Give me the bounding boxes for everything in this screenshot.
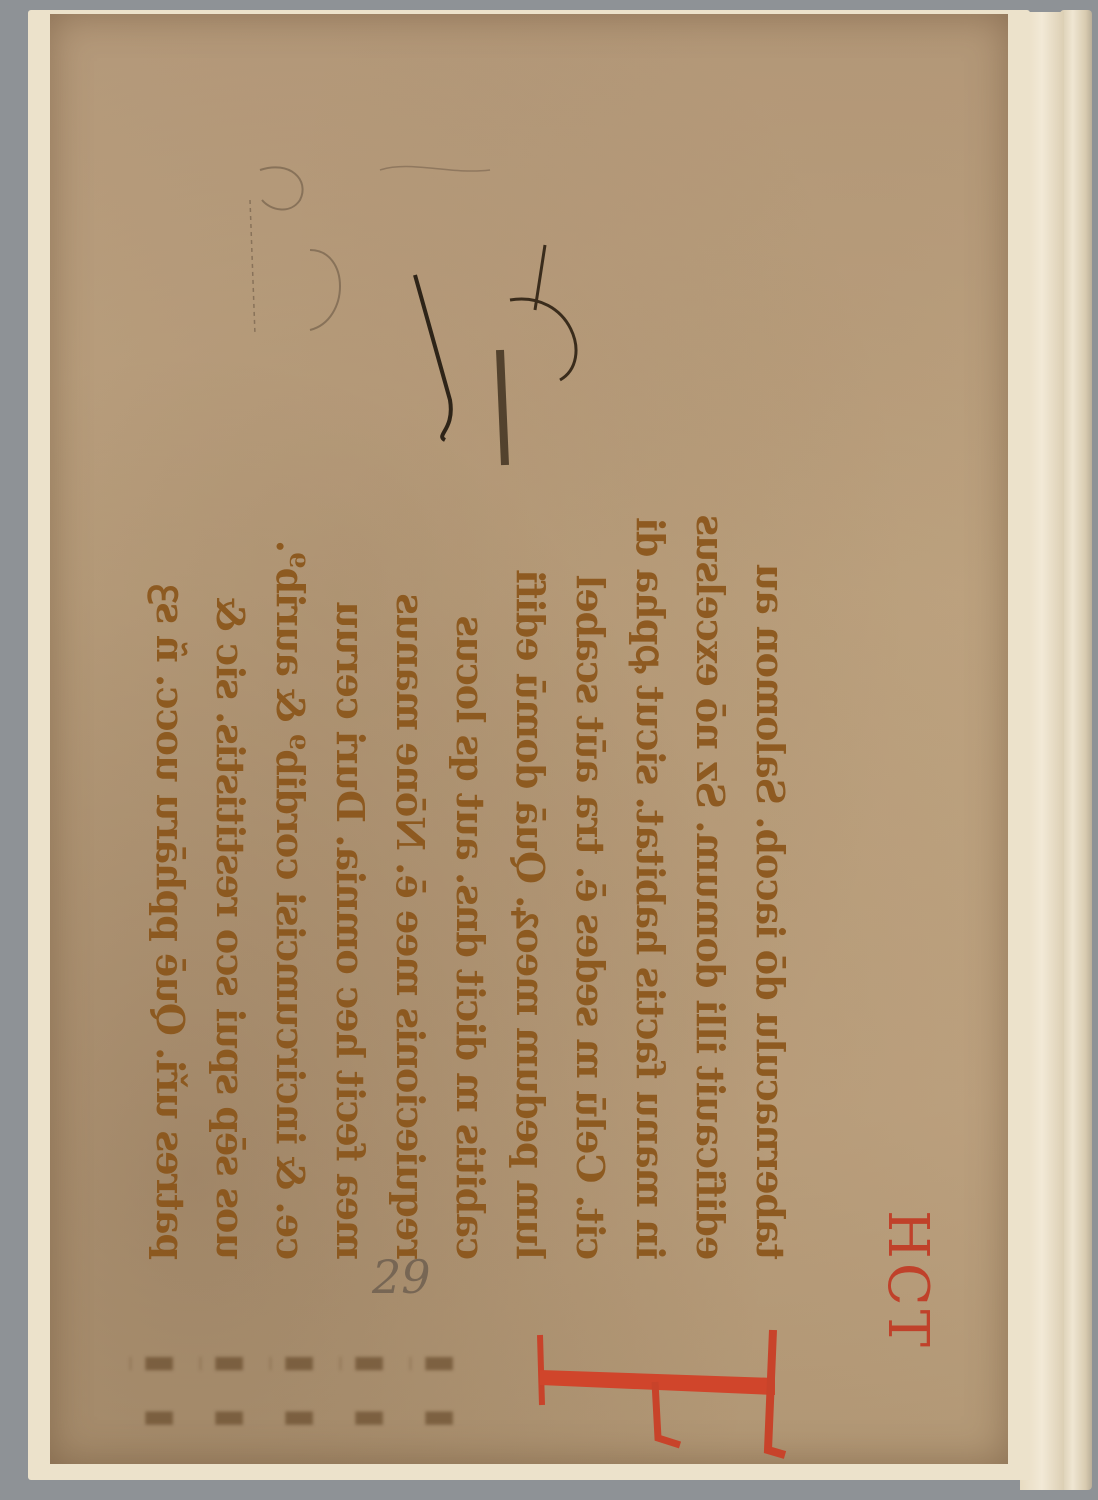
show-through-text: ▬ ▬ ▬ xyxy=(410,1340,460,1450)
main-text-block: tabernaculu dō iacob. Salomon au edifica… xyxy=(88,500,788,1260)
show-through-text: ▬ ▬ ▬ xyxy=(340,1340,390,1450)
show-through-text: ▬ ▬ ▬ xyxy=(130,1340,180,1450)
show-through-text: ▬ ▬ ▬ xyxy=(270,1340,320,1450)
text-line-8: mea fecit hec omnia. Duri ceruu xyxy=(320,500,380,1260)
rubric-heading: HCT xyxy=(850,1210,940,1440)
text-line-3: in manu factis habitat. sicut ꝓpha di xyxy=(620,500,680,1260)
text-line-9: ce. & incircumcisi cordib⁹ & aurib⁹. xyxy=(260,500,320,1260)
text-line-4: cit. Celū m sedes ē. tra aūt scabel xyxy=(560,500,620,1260)
text-line-2: edificauit illi domum. Sz nō excelsus xyxy=(680,500,740,1260)
text-line-5: lum pedum meoꝝ. Quā domū edifi xyxy=(500,500,560,1260)
text-line-6: cabitis m dicit dns. aut qs locus xyxy=(440,500,500,1260)
folio-number: 29 xyxy=(372,1250,431,1304)
marginal-pen-sketches-icon xyxy=(150,100,600,500)
binding-spine-outer xyxy=(1060,10,1092,1490)
text-line-10: uos sēp spui sco restitistis. sic & xyxy=(200,500,260,1260)
text-line-1: tabernaculu dō iacob. Salomon au xyxy=(740,500,800,1260)
text-line-11: patres uři. Quē pphāru uocc. ñ sꝫ xyxy=(140,500,200,1260)
show-through-text: ▬ ▬ ▬ xyxy=(200,1340,250,1450)
red-initial-f-icon: F xyxy=(530,1320,790,1460)
text-line-7: requiecionis mee ē. Nōne manus xyxy=(380,500,440,1260)
